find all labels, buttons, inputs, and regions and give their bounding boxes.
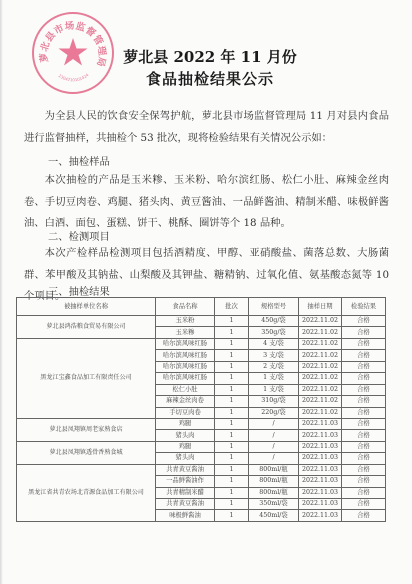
food-name: 味极鲜酱油 (156, 510, 215, 521)
sample-date: 2022.11.02 (299, 338, 342, 349)
food-name: 猪头肉 (156, 453, 215, 464)
spec: 800ml/瓶 (249, 487, 299, 498)
food-name: 共青黄豆酱油 (156, 499, 215, 510)
result: 合格 (342, 441, 386, 452)
food-name: 哈尔滨风味红肠 (156, 350, 215, 361)
food-name: 麻辣金丝肉卷 (156, 396, 215, 407)
doc-title-line1: 萝北县 2022 年 11 月份 (60, 46, 360, 67)
food-name: 鸡腿 (156, 441, 215, 452)
spec: 2 支/袋 (249, 361, 299, 372)
unit-name: 黑龙江宝鑫食品加工有限责任公司 (17, 338, 156, 418)
food-name: 共青精制米醋 (156, 487, 215, 498)
unit-name: 萝北县鸿浩粮食贸易有限公司 (17, 316, 156, 339)
food-name: 哈尔滨风味红肠 (156, 361, 215, 372)
result: 合格 (342, 487, 386, 498)
result: 合格 (342, 499, 386, 510)
food-name: 一品鲜酱油作 (156, 476, 215, 487)
batch: 1 (215, 464, 249, 475)
unit-name: 萝北县凤翔镇周老家熟食店 (17, 418, 156, 441)
result: 合格 (342, 510, 386, 521)
spec: 350ml/袋 (249, 499, 299, 510)
batch: 1 (215, 510, 249, 521)
batch: 1 (215, 350, 249, 361)
sample-date: 2022.11.02 (299, 350, 342, 361)
spec: 4 支/袋 (249, 338, 299, 349)
sample-date: 2022.11.02 (299, 316, 342, 327)
sample-date: 2022.11.03 (299, 418, 342, 429)
batch: 1 (215, 384, 249, 395)
batch: 1 (215, 487, 249, 498)
spec: / (249, 441, 299, 452)
result: 合格 (342, 476, 386, 487)
sample-date: 2022.11.03 (299, 453, 342, 464)
food-name: 猪头肉 (156, 430, 215, 441)
result: 合格 (342, 373, 386, 384)
intro-paragraph: 为全县人民的饮食安全保驾护航，萝北县市场监督管理局 11 月对县内食品进行监督抽… (24, 106, 389, 149)
result: 合格 (342, 361, 386, 372)
spec: 800ml/瓶 (249, 464, 299, 475)
batch: 1 (215, 407, 249, 418)
result: 合格 (342, 350, 386, 361)
spec: 220g/袋 (249, 407, 299, 418)
sample-date: 2022.11.02 (299, 407, 342, 418)
result: 合格 (342, 430, 386, 441)
food-name: 手切豆肉卷 (156, 407, 215, 418)
spec: / (249, 418, 299, 429)
table-header-row: 被抽样单位名称 食品名称 批次 规格型号 抽样日期 检验结果 (17, 298, 386, 316)
spec: / (249, 430, 299, 441)
page-edge (0, 0, 3, 584)
spec: 450g/袋 (249, 316, 299, 327)
batch: 1 (215, 441, 249, 452)
batch: 1 (215, 361, 249, 372)
doc-title-line2: 食品抽检结果公示 (60, 68, 360, 89)
results-table: 被抽样单位名称 食品名称 批次 规格型号 抽样日期 检验结果 萝北县鸿浩粮食贸易… (16, 297, 386, 522)
result: 合格 (342, 396, 386, 407)
sample-date: 2022.11.03 (299, 487, 342, 498)
col-header-date: 抽样日期 (299, 298, 342, 316)
spec: 450ml/袋 (249, 510, 299, 521)
section2-heading: 二、检测项目 (48, 228, 110, 243)
spec: 3 支/袋 (249, 350, 299, 361)
result: 合格 (342, 453, 386, 464)
batch: 1 (215, 476, 249, 487)
spec: / (249, 453, 299, 464)
batch: 1 (215, 499, 249, 510)
result: 合格 (342, 327, 386, 338)
sample-date: 2022.11.02 (299, 396, 342, 407)
col-header-result: 检验结果 (342, 298, 386, 316)
spec: 310g/袋 (249, 396, 299, 407)
result: 合格 (342, 418, 386, 429)
result: 合格 (342, 464, 386, 475)
batch: 1 (215, 396, 249, 407)
table-row: 萝北县鸿浩粮食贸易有限公司 玉米粉 1 450g/袋 2022.11.02 合格 (17, 316, 386, 327)
unit-name: 萝北县凤翔镇透骨香熟食城 (17, 441, 156, 464)
batch: 1 (215, 373, 249, 384)
batch: 1 (215, 453, 249, 464)
food-name: 共青黄豆酱油 (156, 464, 215, 475)
batch: 1 (215, 430, 249, 441)
unit-name: 黑龙江省共青农场北青源食品加工有限公司 (17, 464, 156, 521)
spec: 800ml/瓶 (249, 476, 299, 487)
sample-date: 2022.11.03 (299, 499, 342, 510)
food-name: 玉米糁 (156, 327, 215, 338)
batch: 1 (215, 418, 249, 429)
sample-date: 2022.11.02 (299, 361, 342, 372)
sample-date: 2022.11.03 (299, 430, 342, 441)
sample-date: 2022.11.03 (299, 476, 342, 487)
col-header-batch: 批次 (215, 298, 249, 316)
spec: 1 支/袋 (249, 384, 299, 395)
sample-date: 2022.11.03 (299, 464, 342, 475)
batch: 1 (215, 338, 249, 349)
sample-date: 2022.11.02 (299, 373, 342, 384)
food-name: 哈尔滨风味红肠 (156, 373, 215, 384)
table-row: 黑龙江宝鑫食品加工有限责任公司 哈尔滨风味红肠 1 4 支/袋 2022.11.… (17, 338, 386, 349)
result: 合格 (342, 316, 386, 327)
sample-date: 2022.11.02 (299, 384, 342, 395)
batch: 1 (215, 316, 249, 327)
spec: 350g/袋 (249, 327, 299, 338)
section1-heading: 一、抽检样品 (48, 153, 110, 168)
table-row: 萝北县凤翔镇透骨香熟食城 鸡腿 1 / 2022.11.03 合格 (17, 441, 386, 452)
sample-date: 2022.11.03 (299, 510, 342, 521)
result: 合格 (342, 384, 386, 395)
spec: 1 支/袋 (249, 373, 299, 384)
col-header-spec: 规格型号 (249, 298, 299, 316)
sample-date: 2022.11.02 (299, 327, 342, 338)
section3-heading: 三、抽检结果 (48, 283, 110, 298)
food-name: 鸡腿 (156, 418, 215, 429)
food-name: 哈尔滨风味红肠 (156, 338, 215, 349)
table-row: 黑龙江省共青农场北青源食品加工有限公司 共青黄豆酱油 1 800ml/瓶 202… (17, 464, 386, 475)
col-header-food: 食品名称 (156, 298, 215, 316)
food-name: 松仁小肚 (156, 384, 215, 395)
col-header-unit: 被抽样单位名称 (17, 298, 156, 316)
result: 合格 (342, 407, 386, 418)
section1-body: 本次抽检的产品是玉米糁、玉米粉、哈尔滨红肠、松仁小肚、麻辣金丝肉卷、手切豆肉卷、… (24, 170, 389, 235)
result: 合格 (342, 338, 386, 349)
batch: 1 (215, 327, 249, 338)
sample-date: 2022.11.03 (299, 441, 342, 452)
table-row: 萝北县凤翔镇周老家熟食店 鸡腿 1 / 2022.11.03 合格 (17, 418, 386, 429)
food-name: 玉米粉 (156, 316, 215, 327)
